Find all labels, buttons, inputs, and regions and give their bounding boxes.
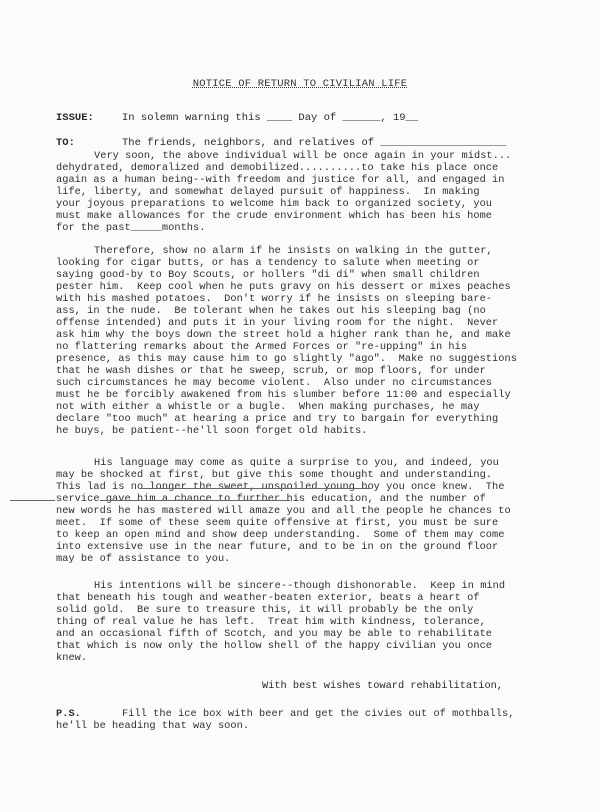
text-line: your joyous preparations to welcome him … [56, 198, 492, 210]
text-line: declare "too much" at hearing a price an… [56, 413, 498, 425]
text-line: saying good-by to Boy Scouts, or hollers… [56, 269, 480, 281]
strikethrough-mark [100, 500, 290, 501]
text-line: Very soon, the above individual will be … [56, 150, 511, 162]
text-line: His intentions will be sincere--though d… [56, 580, 505, 592]
text-line: His language may come as quite a surpris… [56, 457, 499, 469]
text-line: such circumstances he may become violent… [56, 377, 492, 389]
text-line: that beneath his tough and weather-beate… [56, 592, 480, 604]
text-line: he buys, be patient--he'll soon forget o… [56, 425, 367, 437]
to-text: The friends, neighbors, and relatives of… [122, 137, 506, 149]
text-line: This lad is no longer the sweet, unspoil… [56, 481, 505, 493]
underline-mark [140, 488, 370, 489]
text-line: must he be forcibly awakened from his sl… [56, 389, 511, 401]
issue-row: ISSUE:In solemn warning this ____ Day of… [56, 112, 418, 124]
text-line: to keep an open mind and show deep under… [56, 529, 505, 541]
closing-line: With best wishes toward rehabilitation, [262, 680, 503, 692]
text-line: looking for cigar butts, or has a tenden… [56, 257, 480, 269]
text-line: ask him why the boys down the street hol… [56, 329, 511, 341]
ps-label: P.S. [56, 708, 122, 720]
text-line: with his mashed potatoes. Don't worry if… [56, 293, 492, 305]
text-line: knew. [56, 652, 87, 664]
text-line: offense intended) and puts it in your li… [56, 317, 498, 329]
text-line: for the past_____months. [56, 222, 206, 234]
to-row: TO:The friends, neighbors, and relatives… [56, 137, 506, 149]
issue-text: In solemn warning this ____ Day of _____… [122, 112, 418, 124]
text-line: and an occasional fifth of Scotch, and y… [56, 628, 492, 640]
margin-mark [10, 500, 55, 501]
text-line: life, liberty, and somewhat delayed purs… [56, 186, 480, 198]
ps-line-1: P.S.Fill the ice box with beer and get t… [56, 708, 514, 720]
text-line: solid gold. Be sure to treasure this, it… [56, 604, 473, 616]
text-line: pester him. Keep cool when he puts gravy… [56, 281, 511, 293]
issue-label: ISSUE: [56, 112, 122, 124]
text-line: must make allowances for the crude envir… [56, 210, 492, 222]
text-line: Therefore, show no alarm if he insists o… [56, 245, 493, 257]
to-label: TO: [56, 137, 122, 149]
text-line: presence, as this may cause him to go sl… [56, 353, 517, 365]
text-line: dehydrated, demoralized and demobilized.… [56, 162, 498, 174]
title-text: NOTICE OF RETURN TO CIVILIAN LIFE [193, 78, 408, 90]
text-line: into extensive use in the near future, a… [56, 541, 498, 553]
ps-line-2: he'll be heading that way soon. [56, 720, 249, 732]
text-line: again as a human being--with freedom and… [56, 174, 505, 186]
text-line: thing of real value he has left. Treat h… [56, 616, 486, 628]
document-title: NOTICE OF RETURN TO CIVILIAN LIFE [0, 78, 600, 90]
text-line: meet. If some of these seem quite offens… [56, 517, 498, 529]
text-line: no flattering remarks about the Armed Fo… [56, 341, 467, 353]
text-line: that which is now only the hollow shell … [56, 640, 492, 652]
text-line: that he wash dishes or that he sweep, sc… [56, 365, 486, 377]
ps-text: Fill the ice box with beer and get the c… [122, 708, 514, 720]
document-page: NOTICE OF RETURN TO CIVILIAN LIFE ISSUE:… [0, 0, 600, 812]
text-line: not with either a whistle or a bugle. Wh… [56, 401, 480, 413]
text-line: ass, in the nude. Be tolerant when he ta… [56, 305, 486, 317]
text-line: may be shocked at first, but give this s… [56, 469, 492, 481]
text-line: service gave him a chance to further his… [56, 493, 486, 505]
text-line: new words he has mastered will amaze you… [56, 505, 511, 517]
text-line: may be of assistance to you. [56, 553, 230, 565]
